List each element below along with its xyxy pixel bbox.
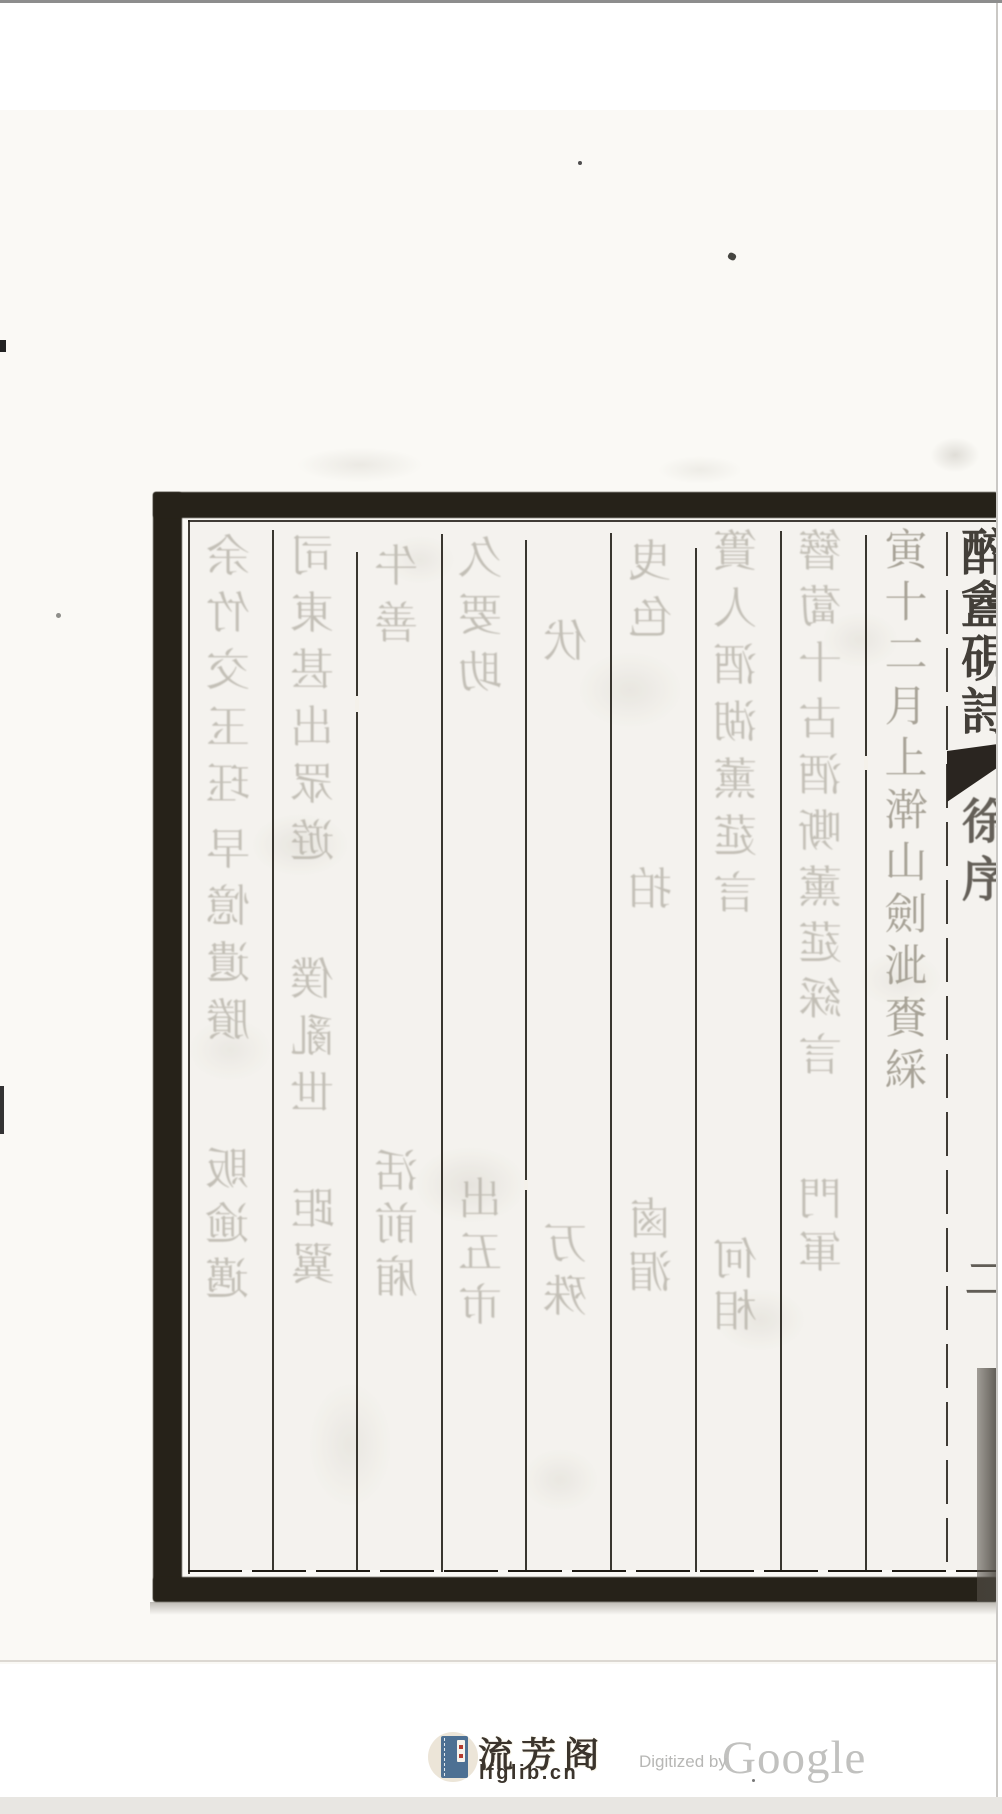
- ink-speck: [578, 161, 582, 165]
- book-stitch-detail: [444, 1738, 445, 1776]
- frame-bottom-shadow: [150, 1602, 1002, 1615]
- bleedthrough-text-run: 曳色: [622, 540, 678, 654]
- frame-inner-line-bottom: [188, 1570, 998, 1572]
- bleedthrough-text-run: 販逾邁: [199, 1148, 255, 1313]
- bleedthrough-text-run: 距翼: [285, 1188, 341, 1298]
- frame-border-left: [153, 492, 182, 1601]
- edge-mark: [0, 340, 6, 352]
- scan-bottom-band: [0, 1797, 1002, 1814]
- book-icon: [441, 1736, 468, 1778]
- bleedthrough-text-run: 活前廂: [368, 1150, 424, 1309]
- scanned-book-page: 醉盦硯詩 徐序 二 寅十二月上澣山劍泚賚綵 余竹交玉珏早憶遺賸販逾邁司東甚出眾遊…: [0, 0, 1002, 1814]
- printed-colophon-column: 寅十二月上澣山劍泚賚綵: [878, 530, 934, 1102]
- bleedthrough-text-run: 拍: [622, 868, 678, 925]
- line-gap: [864, 756, 868, 770]
- centerfold-dashed-line: [946, 532, 948, 1572]
- bleedthrough-text-run: 余竹交玉珏: [200, 535, 256, 820]
- digitized-by-label: Digitized by: [639, 1752, 727, 1772]
- watermark-domain: lfglib.cn: [479, 1762, 578, 1785]
- column-line: [610, 533, 612, 1572]
- bleedthrough-text-run: 僕亂世: [284, 958, 340, 1129]
- line-gap: [524, 1180, 528, 1190]
- line-gap: [355, 696, 359, 712]
- gutter-shadow: [977, 1368, 998, 1601]
- bleedthrough-text-run: 万殊: [537, 1222, 593, 1328]
- bleedthrough-text-run: 早憶遺賸: [200, 828, 256, 1056]
- scan-top-band: [0, 0, 1002, 3]
- frame-border-bottom: [153, 1577, 998, 1602]
- column-line: [865, 535, 867, 1572]
- google-logo: Google: [722, 1731, 866, 1785]
- bleedthrough-text-run: 伏: [537, 620, 593, 677]
- column-line: [525, 540, 527, 1572]
- bleedthrough-text-run: 司東甚出眾遊: [284, 535, 340, 877]
- book-label-detail: [457, 1740, 465, 1762]
- column-line: [441, 534, 443, 1572]
- column-line: [695, 548, 697, 1572]
- bleedthrough-text-run: 門軍: [792, 1178, 848, 1284]
- bleedthrough-text-run: 何相: [707, 1238, 763, 1342]
- scan-right-margin: [998, 0, 1002, 1814]
- frame-inner-line-top: [188, 520, 996, 522]
- paper-bottom-edge: [0, 1660, 998, 1662]
- frame-border-top: [153, 492, 998, 518]
- ink-speck: [56, 613, 61, 618]
- column-line: [780, 531, 782, 1572]
- bleedthrough-text-run: 久要助: [452, 537, 508, 708]
- lfglib-logo: [428, 1732, 478, 1782]
- bleedthrough-text-run: 出五市: [452, 1178, 508, 1337]
- bleedthrough-text-run: 簪蔔十古酒嘶薰莚綵言: [792, 530, 848, 1090]
- scan-edge-line: [996, 3, 998, 1797]
- frame-inner-line-left: [188, 520, 190, 1574]
- column-line: [272, 530, 274, 1572]
- bleedthrough-text-run: 牛善: [368, 545, 424, 659]
- bleedthrough-text-run: 鹵湄: [622, 1198, 678, 1304]
- edge-mark: [0, 1086, 4, 1134]
- bleedthrough-text-run: 簣人酒湖薰莚言: [707, 530, 763, 929]
